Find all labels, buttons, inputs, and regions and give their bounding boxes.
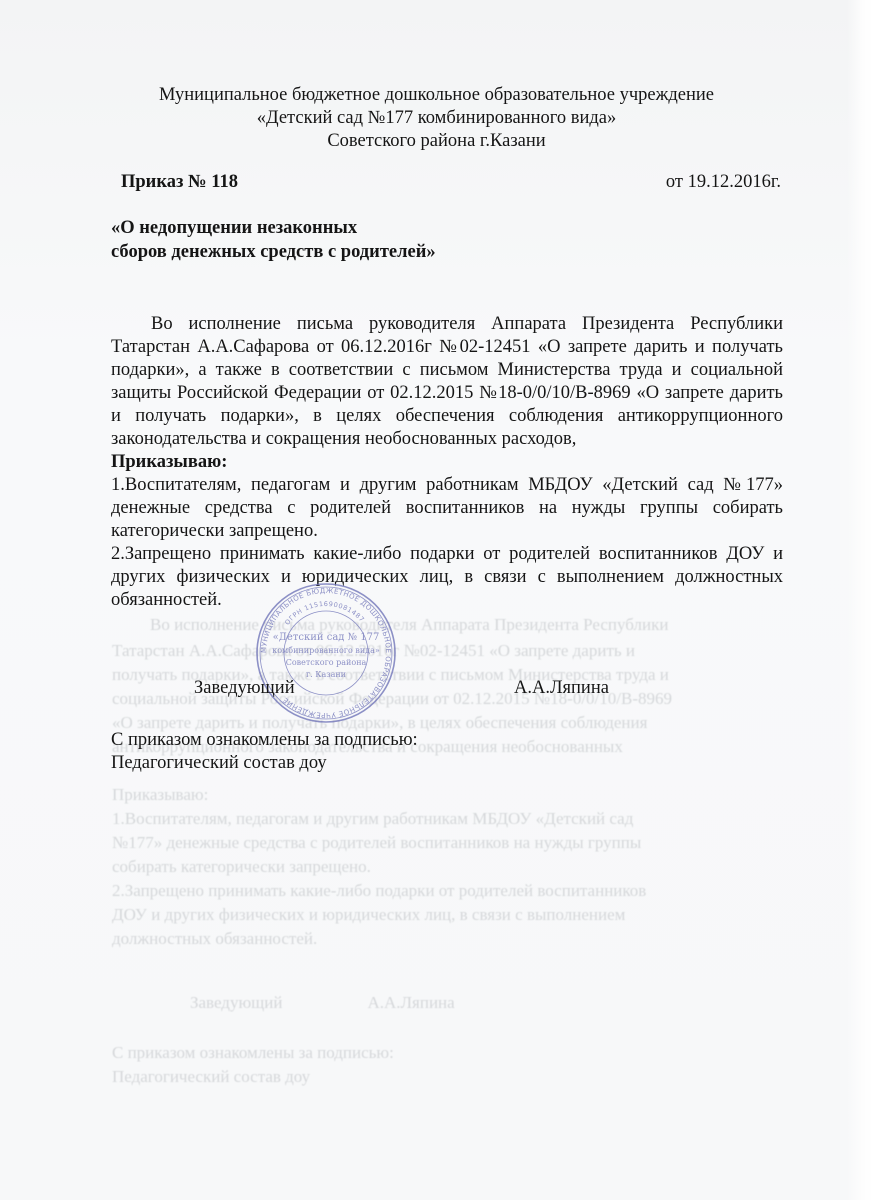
bleed-through-text: 1.Воспитателям, педагогам и другим работ… xyxy=(112,806,633,832)
bleed-through-text: должностных обязанностей. xyxy=(112,926,317,952)
institution-full-name: «Детский сад №177 комбинированного вида» xyxy=(0,107,873,130)
bleed-through-text: Педагогический состав доу xyxy=(112,1064,310,1090)
institution-district: Советского района г.Казани xyxy=(0,130,873,153)
bleed-through-text: Заведующий А.А.Ляпина xyxy=(190,990,455,1016)
official-stamp: МУНИЦИПАЛЬНОЕ БЮДЖЕТНОЕ ДОШКОЛЬНОЕ ОБРАЗ… xyxy=(255,582,397,724)
acknowledgement-line: С приказом ознакомлены за подписью: xyxy=(111,729,418,752)
order-subject: «О недопущении незаконных сборов денежны… xyxy=(111,216,436,264)
bleed-through-text: С приказом ознакомлены за подписью: xyxy=(112,1040,394,1066)
acknowledgement: С приказом ознакомлены за подписью: Педа… xyxy=(111,729,418,775)
institution-name: Муниципальное бюджетное дошкольное образ… xyxy=(0,84,873,107)
svg-text:ОГРН 1151690081487: ОГРН 1151690081487 xyxy=(283,600,366,627)
subject-line: сборов денежных средств с родителей» xyxy=(111,240,436,264)
svg-text:комбинированного вида»: комбинированного вида» xyxy=(272,646,380,655)
order-body: Во исполнение письма руководителя Аппара… xyxy=(111,313,783,612)
bleed-through-text: 2.Запрещено принимать какие-либо подарки… xyxy=(112,878,646,904)
bleed-through-text: Во исполнение письма руководителя Аппара… xyxy=(150,612,668,638)
subject-line: «О недопущении незаконных xyxy=(111,216,436,240)
signatory-title: Заведующий xyxy=(194,678,295,699)
order-item: 2.Запрещено принимать какие-либо подарки… xyxy=(111,543,783,612)
preamble-paragraph: Во исполнение письма руководителя Аппара… xyxy=(111,313,783,451)
acknowledgement-line: Педагогический состав доу xyxy=(111,752,418,775)
scanned-page: Во исполнение письма руководителя Аппара… xyxy=(0,0,873,1200)
bleed-through-text: №177» денежные средства с родителей восп… xyxy=(112,830,641,856)
svg-text:Советского района: Советского района xyxy=(286,658,367,667)
order-number: Приказ № 118 xyxy=(121,172,238,193)
order-date: от 19.12.2016г. xyxy=(666,172,781,193)
directive-label: Приказываю: xyxy=(111,451,783,474)
scan-edge xyxy=(847,0,873,1200)
bleed-through-text: собирать категорически запрещено. xyxy=(112,854,371,880)
svg-text:«Детский сад № 177: «Детский сад № 177 xyxy=(273,632,380,643)
svg-text:г. Казани: г. Казани xyxy=(306,670,346,679)
institution-header: Муниципальное бюджетное дошкольное образ… xyxy=(0,84,873,153)
signatory-name: А.А.Ляпина xyxy=(514,678,609,699)
bleed-through-text: ДОУ и других физических и юридических ли… xyxy=(112,902,625,928)
bleed-through-text: Приказываю: xyxy=(112,782,208,808)
order-item: 1.Воспитателям, педагогам и другим работ… xyxy=(111,474,783,543)
